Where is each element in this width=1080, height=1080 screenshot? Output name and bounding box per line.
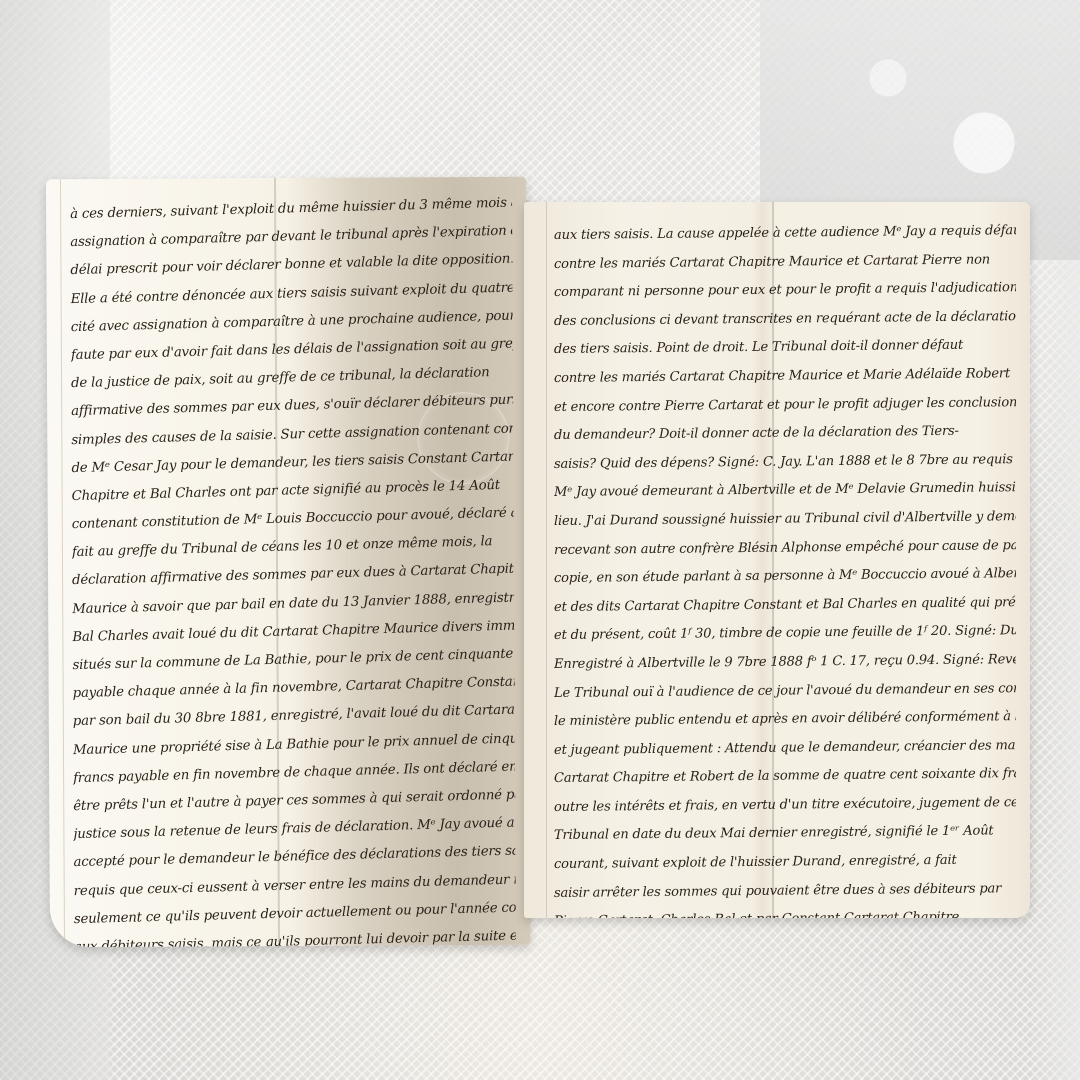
handwritten-line: lieu. J'ai Durand soussigné huissier au … [554, 503, 1016, 536]
handwritten-line: comparant ni personne pour eux et pour l… [554, 274, 1016, 307]
left-page-text: à ces derniers, suivant l'exploit du mêm… [70, 199, 516, 947]
manuscript-right-page: aux tiers saisis. La cause appelée à cet… [524, 202, 1030, 918]
handwritten-line: le ministère public entendu et après en … [554, 703, 1016, 736]
handwritten-line: Enregistré à Albertville le 9 7bre 1888 … [554, 646, 1016, 679]
right-page-text: aux tiers saisis. La cause appelée à cet… [554, 222, 1016, 918]
handwritten-line: du demandeur? Doit-il donner acte de la … [554, 417, 1016, 450]
handwritten-line: aux tiers saisis. La cause appelée à cet… [554, 217, 1016, 250]
handwritten-line: contre les mariés Cartarat Chapitre Maur… [554, 360, 1016, 393]
manuscript-left-page: à ces derniers, suivant l'exploit du mêm… [46, 177, 530, 948]
handwritten-line: courant, suivant exploit de l'huissier D… [554, 846, 1016, 879]
handwritten-line: Cartarat Chapitre et Robert de la somme … [554, 760, 1016, 793]
lace-right-edge [1030, 260, 1080, 1080]
margin-line [60, 179, 65, 947]
margin-line [546, 202, 547, 918]
handwritten-line: copie, en son étude parlant à sa personn… [554, 560, 1016, 593]
